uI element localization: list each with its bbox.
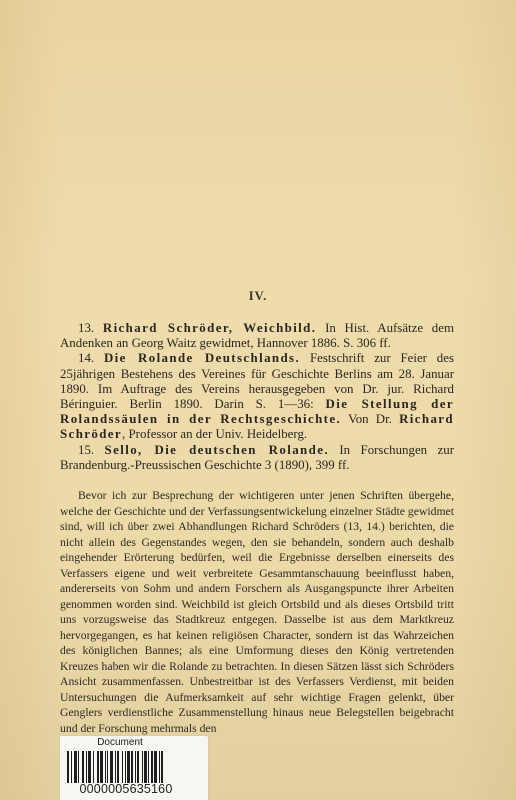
reference-number: 14. bbox=[78, 351, 94, 365]
reference-number: 15. bbox=[78, 443, 94, 457]
body-paragraph: Bevor ich zur Besprechung der wichtigere… bbox=[60, 488, 454, 736]
reference-item-15: 15. Sello, Die deutschen Rolande. In For… bbox=[60, 443, 454, 473]
section-heading: IV. bbox=[0, 289, 516, 304]
barcode-title: Document bbox=[60, 737, 180, 748]
reference-details: Von Dr. bbox=[341, 412, 399, 426]
body-text: Bevor ich zur Besprechung der wichtigere… bbox=[60, 488, 454, 736]
reference-item-13: 13. Richard Schröder, Weichbild. In Hist… bbox=[60, 321, 454, 351]
reference-item-14: 14. Die Rolande Deutschlands. Festschrif… bbox=[60, 351, 454, 442]
barcode-icon bbox=[67, 751, 183, 783]
reference-title: Richard Schröder, Weichbild. bbox=[103, 321, 317, 335]
reference-number: 13. bbox=[78, 321, 94, 335]
reference-list: 13. Richard Schröder, Weichbild. In Hist… bbox=[60, 321, 454, 473]
barcode-number: 0000005635160 bbox=[60, 782, 192, 796]
reference-title: Sello, Die deutschen Rolande. bbox=[105, 443, 329, 457]
reference-title: Die Rolande Deutschlands. bbox=[104, 351, 300, 365]
reference-details: , Professor an der Univ. Heidelberg. bbox=[122, 427, 307, 441]
barcode-label: Document 0000005635160 bbox=[60, 736, 208, 800]
